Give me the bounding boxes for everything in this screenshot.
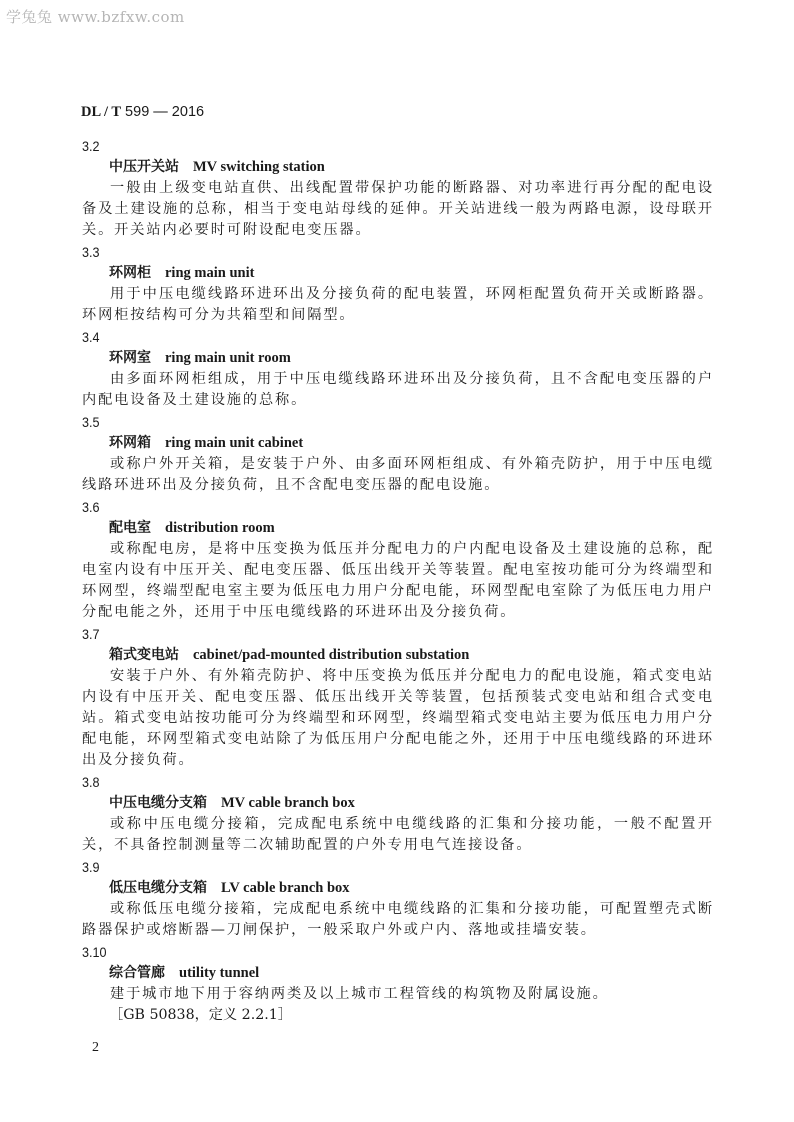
term-definition: 或称中压电缆分接箱，完成配电系统中电缆线路的汇集和分接功能，一般不配置开关，不具… [82, 814, 714, 856]
term-definition: 由多面环网柜组成，用于中压电缆线路环进环出及分接负荷，且不含配电变压器的户内配电… [82, 369, 714, 411]
term-definition: 或称配电房，是将中压变换为低压并分配电力的户内配电设备及土建设施的总称，配电室内… [82, 539, 714, 623]
term-number: 3.5 [82, 411, 651, 433]
term-entry: 3.7 箱式变电站cabinet/pad-mounted distributio… [82, 623, 714, 771]
term-definition: 安装于户外、有外箱壳防护、将中压变换为低压并分配电力的配电设施，箱式变电站内设有… [82, 666, 714, 771]
term-definition: 或称户外开关箱，是安装于户外、由多面环网柜组成、有外箱壳防护，用于中压电缆线路环… [82, 454, 714, 496]
term-zh: 中压开关站 [109, 159, 179, 175]
term-title: 低压电缆分支箱LV cable branch box [82, 878, 714, 899]
term-definition: 建于城市地下用于容纳两类及以上城市工程管线的构筑物及附属设施。 [82, 984, 714, 1005]
term-en: cabinet/pad-mounted distribution substat… [193, 647, 469, 663]
term-zh: 箱式变电站 [109, 647, 179, 663]
term-en: LV cable branch box [221, 880, 350, 896]
term-number: 3.6 [82, 496, 651, 518]
term-title: 中压电缆分支箱MV cable branch box [82, 793, 714, 814]
terms-section: 3.2 中压开关站MV switching station 一般由上级变电站直供… [82, 135, 714, 1026]
term-number: 3.10 [82, 941, 651, 963]
term-definition: 或称低压电缆分接箱，完成配电系统中电缆线路的汇集和分接功能，可配置塑壳式断路器保… [82, 899, 714, 941]
term-entry: 3.4 环网室ring main unit room 由多面环网柜组成，用于中压… [82, 326, 714, 411]
standard-prefix: DL / T [81, 104, 121, 120]
term-definition: 用于中压电缆线路环进环出及分接负荷的配电装置，环网柜配置负荷开关或断路器。环网柜… [82, 284, 714, 326]
term-en: distribution room [165, 520, 275, 536]
term-title: 综合管廊utility tunnel [82, 963, 714, 984]
term-en: ring main unit [165, 265, 254, 281]
term-title: 环网柜ring main unit [82, 263, 714, 284]
term-source-reference: ［GB 50838，定义 2.2.1］ [82, 1005, 714, 1026]
term-zh: 中压电缆分支箱 [109, 795, 207, 811]
term-zh: 综合管廊 [109, 965, 165, 981]
standard-header: DL / T 599 — 2016 [81, 104, 204, 121]
standard-number-year: 599 — 2016 [121, 104, 204, 120]
page-number: 2 [92, 1040, 99, 1056]
term-zh: 环网箱 [109, 435, 151, 451]
term-zh: 配电室 [109, 520, 151, 536]
term-number: 3.3 [82, 241, 651, 263]
term-entry: 3.2 中压开关站MV switching station 一般由上级变电站直供… [82, 135, 714, 241]
term-title: 环网箱ring main unit cabinet [82, 433, 714, 454]
term-zh: 环网室 [109, 350, 151, 366]
term-entry: 3.6 配电室distribution room 或称配电房，是将中压变换为低压… [82, 496, 714, 623]
term-title: 配电室distribution room [82, 518, 714, 539]
term-en: utility tunnel [179, 965, 259, 981]
term-definition: 一般由上级变电站直供、出线配置带保护功能的断路器、对功率进行再分配的配电设备及土… [82, 178, 714, 241]
term-title: 箱式变电站cabinet/pad-mounted distribution su… [82, 645, 714, 666]
term-en: MV switching station [193, 159, 325, 175]
term-title: 环网室ring main unit room [82, 348, 714, 369]
term-zh: 环网柜 [109, 265, 151, 281]
term-entry: 3.9 低压电缆分支箱LV cable branch box 或称低压电缆分接箱… [82, 856, 714, 941]
term-en: ring main unit cabinet [165, 435, 303, 451]
term-entry: 3.10 综合管廊utility tunnel 建于城市地下用于容纳两类及以上城… [82, 941, 714, 1026]
term-number: 3.9 [82, 856, 651, 878]
term-entry: 3.8 中压电缆分支箱MV cable branch box 或称中压电缆分接箱… [82, 771, 714, 856]
term-en: MV cable branch box [221, 795, 355, 811]
watermark: 学兔兔 www.bzfxw.com [6, 6, 185, 27]
term-entry: 3.5 环网箱ring main unit cabinet 或称户外开关箱，是安… [82, 411, 714, 496]
term-zh: 低压电缆分支箱 [109, 880, 207, 896]
term-number: 3.7 [82, 623, 651, 645]
term-number: 3.8 [82, 771, 651, 793]
term-number: 3.4 [82, 326, 651, 348]
term-title: 中压开关站MV switching station [82, 157, 714, 178]
term-number: 3.2 [82, 135, 651, 157]
term-en: ring main unit room [165, 350, 291, 366]
term-entry: 3.3 环网柜ring main unit 用于中压电缆线路环进环出及分接负荷的… [82, 241, 714, 326]
